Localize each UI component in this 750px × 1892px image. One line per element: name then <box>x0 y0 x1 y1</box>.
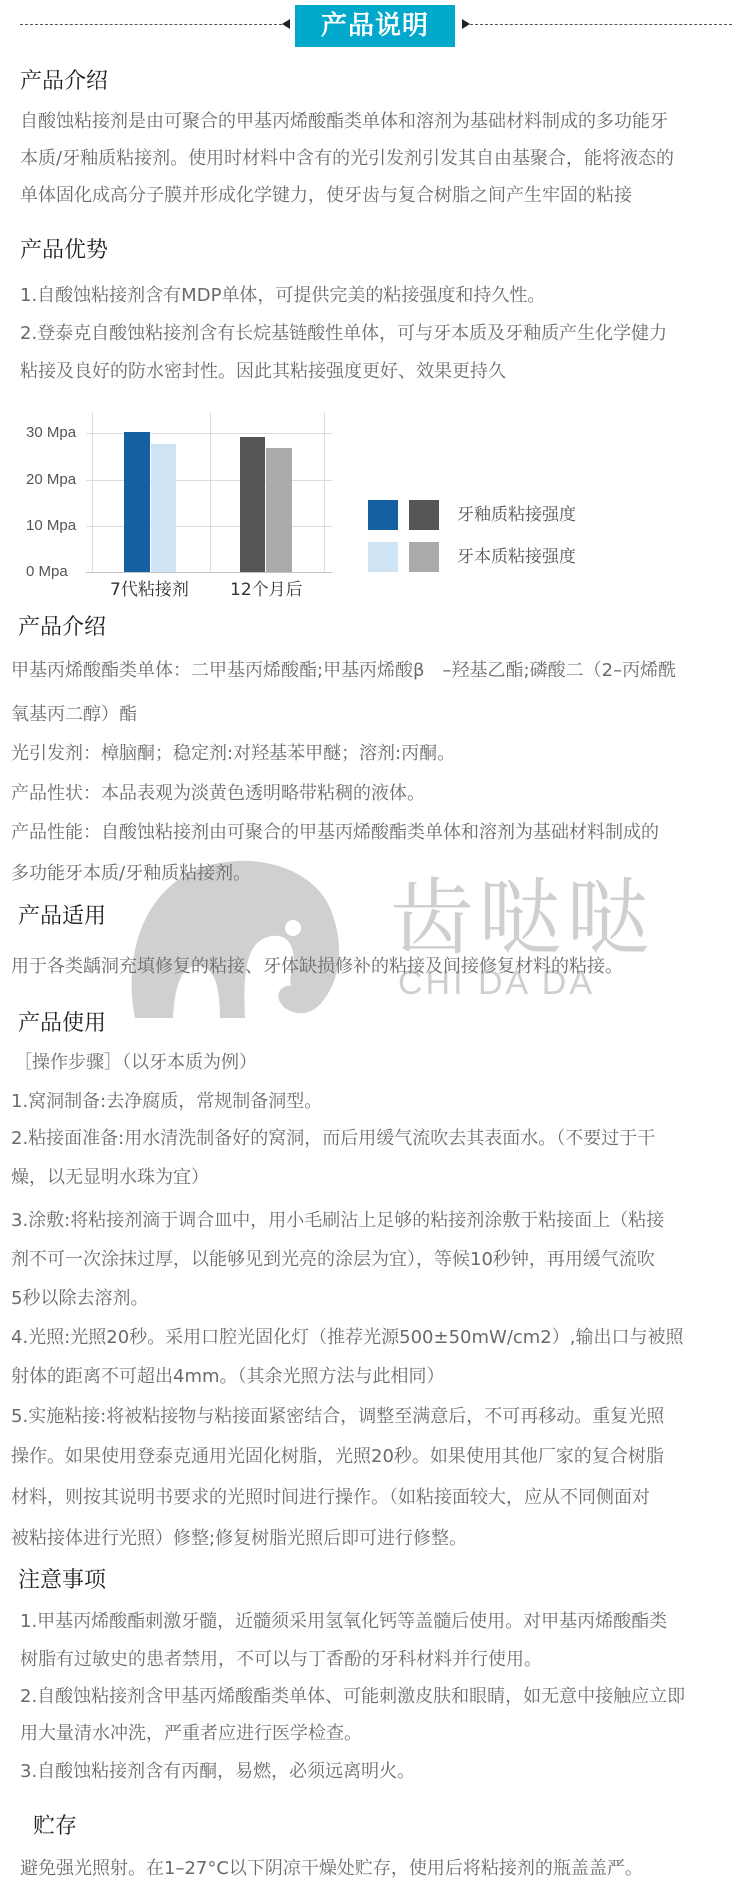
usage-line: 4.光照:光照20秒。采用口腔光固化灯（推荐光源500±50mW/cm2）,输出… <box>11 1326 683 1350</box>
composition-line: 产品性状：本品表观为淡黄色透明略带粘稠的液体。 <box>11 782 425 806</box>
y-tick: 30 Mpa <box>26 424 76 442</box>
heading-product-usage: 产品使用 <box>18 1010 106 1038</box>
bar-dentin-7gen <box>151 444 176 572</box>
usage-line: ［操作步骤］（以牙本质为例） <box>14 1051 257 1075</box>
heading-product-advantages: 产品优势 <box>20 237 108 265</box>
section-banner: 产品说明 <box>295 5 455 47</box>
usage-line: 1.窝洞制备:去净腐质，常规制备洞型。 <box>11 1090 322 1114</box>
usage-line: 剂不可一次涂抹过厚，以能够见到光亮的涂层为宜），等候10秒钟，再用缓气流吹 <box>11 1248 655 1272</box>
heading-product-intro: 产品介绍 <box>20 68 108 96</box>
advantage-line: 2.登泰克自酸蚀粘接剂含有长烷基链酸性单体，可与牙本质及牙釉质产生化学健力 <box>20 322 667 346</box>
bar-enamel-7gen <box>124 432 150 572</box>
x-label: 7代粘接剂 <box>110 580 189 600</box>
heading-product-composition: 产品介绍 <box>18 614 106 642</box>
gridline <box>86 480 332 481</box>
caution-line: 3.自酸蚀粘接剂含有丙酮，易燃，必须远离明火。 <box>20 1760 415 1784</box>
composition-line: 氧基丙二醇）酯 <box>11 703 137 727</box>
intro-line: 本质/牙釉质粘接剂。使用时材料中含有的光引发剂引发其自由基聚合，能将液态的 <box>20 147 674 171</box>
legend-label: 牙本质粘接强度 <box>457 547 576 567</box>
arrow-left-icon <box>282 19 290 29</box>
application-line: 用于各类龋洞充填修复的粘接、牙体缺损修补的粘接及间接修复材料的粘接。 <box>11 955 623 979</box>
advantage-line: 1.自酸蚀粘接剂含有MDP单体，可提供完美的粘接强度和持久性。 <box>20 284 545 308</box>
legend-swatch <box>368 500 398 530</box>
intro-line: 单体固化成高分子膜并形成化学键力，使牙齿与复合树脂之间产生牢固的粘接 <box>20 184 632 208</box>
usage-line: 2.粘接面准备:用水清洗制备好的窝洞，而后用缓气流吹去其表面水。（不要过于干 <box>11 1127 655 1151</box>
usage-line: 燥，以无显明水珠为宜） <box>11 1166 209 1190</box>
usage-line: 射体的距离不可超出4mm。（其余光照方法与此相同） <box>11 1365 445 1389</box>
composition-line: 产品性能：自酸蚀粘接剂由可聚合的甲基丙烯酸酯类单体和溶剂为基础材料制成的 <box>11 821 659 845</box>
heading-storage: 贮存 <box>33 1813 77 1841</box>
usage-line: 被粘接体进行光照）修整;修复树脂光照后即可进行修整。 <box>11 1527 467 1551</box>
advantage-line: 粘接及良好的防水密封性。因此其粘接强度更好、效果更持久 <box>20 360 506 384</box>
caution-line: 树脂有过敏史的患者禁用，不可以与丁香酚的牙科材料并行使用。 <box>20 1648 542 1672</box>
heading-cautions: 注意事项 <box>18 1567 106 1595</box>
gridline <box>324 412 325 572</box>
watermark-brand-cn: 齿哒哒 <box>390 870 654 966</box>
intro-line: 自酸蚀粘接剂是由可聚合的甲基丙烯酸酯类单体和溶剂为基础材料制成的多功能牙 <box>20 110 668 134</box>
gridline <box>86 526 332 527</box>
usage-line: 5.实施粘接:将被粘接物与粘接面紧密结合，调整至满意后，不可再移动。重复光照 <box>11 1405 664 1429</box>
composition-line: 光引发剂：樟脑酮；稳定剂:对羟基苯甲醚；溶剂:丙酮。 <box>11 742 455 766</box>
gridline <box>210 412 211 572</box>
x-label: 12个月后 <box>230 580 303 600</box>
gridline <box>92 412 93 572</box>
y-tick: 20 Mpa <box>26 471 76 489</box>
storage-line: 避免强光照射。在1–27°C以下阴凉干燥处贮存，使用后将粘接剂的瓶盖盖严。 <box>20 1857 643 1881</box>
caution-line: 用大量清水冲洗，严重者应进行医学检查。 <box>20 1722 362 1746</box>
bar-dentin-12m <box>266 448 292 572</box>
legend-swatch <box>409 500 439 530</box>
header-divider-right <box>470 24 732 25</box>
usage-line: 5秒以除去溶剂。 <box>11 1287 148 1311</box>
heading-product-application: 产品适用 <box>18 903 106 931</box>
legend-swatch <box>368 542 398 572</box>
x-axis <box>86 572 332 573</box>
caution-line: 2.自酸蚀粘接剂含甲基丙烯酸酯类单体、可能刺激皮肤和眼睛，如无意中接触应立即 <box>20 1685 685 1709</box>
caution-line: 1.甲基丙烯酸酯刺激牙髓，近髓须采用氢氧化钙等盖髓后使用。对甲基丙烯酸酯类 <box>20 1610 667 1634</box>
composition-line: 多功能牙本质/牙釉质粘接剂。 <box>11 862 251 886</box>
y-tick: 0 Mpa <box>26 563 68 581</box>
usage-line: 操作。如果使用登泰克通用光固化树脂，光照20秒。如果使用其他厂家的复合树脂 <box>11 1445 664 1469</box>
gridline <box>86 433 332 434</box>
y-tick: 10 Mpa <box>26 517 76 535</box>
header-divider-left <box>20 24 282 25</box>
legend-swatch <box>409 542 439 572</box>
legend-label: 牙釉质粘接强度 <box>457 505 576 525</box>
usage-line: 3.涂敷:将粘接剂滴于调合皿中，用小毛刷沾上足够的粘接剂涂敷于粘接面上（粘接 <box>11 1209 664 1233</box>
bond-strength-chart: 30 Mpa 20 Mpa 10 Mpa 0 Mpa 7代粘接剂 12个月后 牙… <box>0 400 750 610</box>
bar-enamel-12m <box>240 437 265 572</box>
usage-line: 材料，则按其说明书要求的光照时间进行操作。（如粘接面较大，应从不同侧面对 <box>11 1486 650 1510</box>
composition-line: 甲基丙烯酸酯类单体：二甲基丙烯酸酯;甲基丙烯酸β –羟基乙酯;磷酸二（2–丙烯酰 <box>11 659 676 683</box>
arrow-right-icon <box>462 19 470 29</box>
